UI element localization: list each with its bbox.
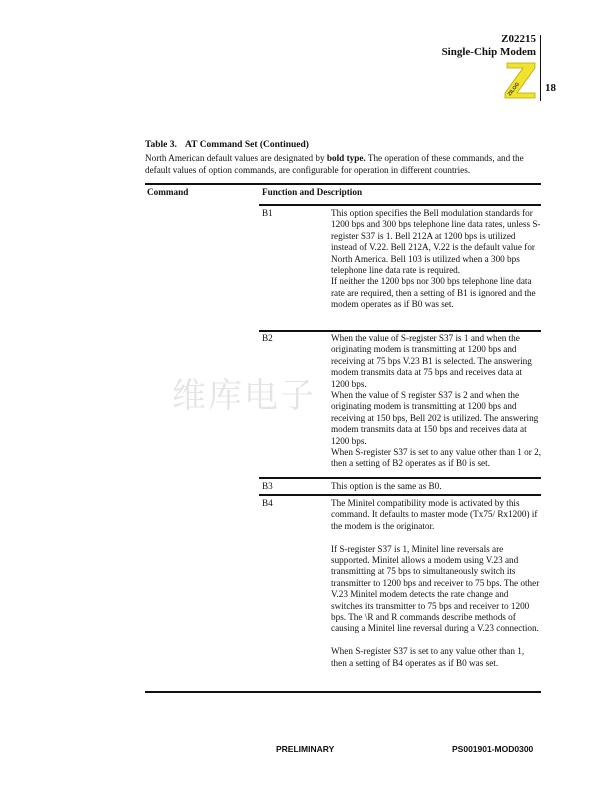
option-b3: B3: [262, 481, 273, 491]
option-b4: B4: [262, 498, 273, 508]
description-b3: This option is the same as B0.: [331, 481, 541, 492]
description-b1: This option specifies the Bell modulatio…: [331, 208, 541, 311]
column-header-function: Function and Description: [262, 187, 362, 197]
table-title: AT Command Set (Continued): [185, 140, 309, 150]
option-b2: B2: [262, 333, 273, 343]
footer-doc-number: PS001901-MOD0300: [452, 744, 533, 754]
header-bottom-rule: [259, 204, 541, 206]
column-header-command: Command: [147, 187, 188, 197]
table-number: Table 3.: [145, 140, 185, 150]
description-b2: When the value of S-register S37 is 1 an…: [331, 333, 541, 470]
row-divider: [259, 477, 541, 479]
footer-status: PRELIMINARY: [276, 744, 334, 754]
row-divider: [259, 494, 541, 496]
product-name: Single-Chip Modem: [442, 46, 536, 59]
zilog-logo-icon: ZILOG: [504, 62, 536, 99]
description-b4: The Minitel compatibility mode is activa…: [331, 498, 541, 669]
header-divider: [540, 35, 541, 101]
page-number: 18: [545, 82, 556, 94]
bold-type-text: bold type.: [327, 153, 366, 163]
table-caption: Table 3.AT Command Set (Continued): [145, 140, 309, 150]
row-divider: [259, 330, 541, 332]
watermark: 维库电子: [172, 368, 316, 417]
product-code: Z02215: [501, 33, 536, 46]
option-b1: B1: [262, 208, 273, 218]
table-top-rule: [145, 183, 541, 185]
table-note: North American default values are design…: [145, 152, 545, 176]
table-bottom-rule: [145, 691, 541, 693]
